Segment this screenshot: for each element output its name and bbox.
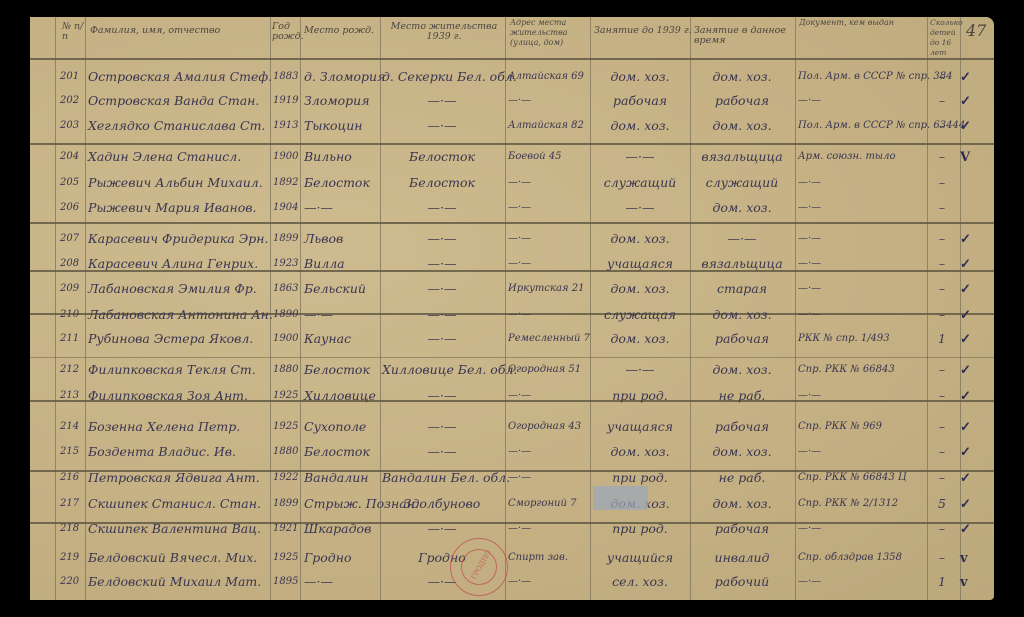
cell-num: 202 (60, 94, 79, 108)
cell-num: 215 (60, 445, 79, 459)
cell-year: 1880 (273, 363, 298, 377)
cell-num: 209 (60, 282, 79, 296)
cell-birthplace: Сухополе (304, 420, 366, 434)
cell-occupation-now: дом. хоз. (692, 119, 792, 133)
cell-occupation-now: дом. хоз. (692, 70, 792, 84)
cell-occupation-before: —·— (592, 150, 688, 164)
cell-occupation-before: сел. хоз. (592, 575, 688, 589)
cell-occupation-before: дом. хоз. (592, 445, 688, 459)
cell-occupation-now: служащий (692, 176, 792, 190)
cell-name: Боздента Владис. Ив. (88, 445, 236, 459)
cell-document: Спр. РКК № 66843 (798, 363, 895, 377)
cell-document: —·— (798, 445, 821, 459)
cell-name: Лабановская Эмилия Фр. (88, 282, 257, 296)
cell-year: 1900 (273, 150, 298, 164)
cell-address: Огородная 43 (508, 420, 581, 434)
cell-document: РКК № спр. 1/493 (798, 332, 890, 346)
cell-name: Скшипек Валентина Вац. (88, 522, 261, 536)
cell-num: 208 (60, 257, 79, 271)
cell-check: ✓ (960, 119, 988, 134)
cell-year: 1904 (273, 201, 298, 215)
cell-children: 1 (929, 332, 955, 346)
cell-occupation-before: дом. хоз. (592, 332, 688, 346)
cell-year: 1883 (273, 70, 298, 84)
cell-occupation-now: не раб. (692, 389, 792, 403)
cell-occupation-now: рабочая (692, 522, 792, 536)
column-divider (55, 17, 56, 600)
cell-occupation-before: дом. хоз. (592, 70, 688, 84)
cell-name: Хадин Элена Станисл. (88, 150, 241, 164)
cell-year: 1925 (273, 420, 298, 434)
cell-name: Филипковская Зоя Ант. (88, 389, 248, 403)
cell-occupation-now: —·— (692, 232, 792, 246)
cell-children: – (929, 522, 955, 536)
cell-name: Филипковская Текля Ст. (88, 363, 256, 377)
cell-num: 220 (60, 575, 79, 589)
cell-children: – (929, 176, 955, 190)
round-stamp: ГРОДНО (450, 538, 508, 596)
cell-document: —·— (798, 282, 821, 296)
cell-year: 1899 (273, 232, 298, 246)
header-occ-now: Занятие в данное время (694, 26, 794, 46)
cell-num: 207 (60, 232, 79, 246)
cell-document: Спр. РКК № 969 (798, 420, 882, 434)
header-year: Год рожд. (272, 22, 299, 42)
header-birthplace: Место рожд. (304, 26, 374, 36)
cell-children: – (929, 471, 955, 485)
cell-birthplace: Шкарадов (304, 522, 371, 536)
cell-occupation-now: рабочая (692, 332, 792, 346)
cell-occupation-before: при род. (592, 389, 688, 403)
cell-residence-1939: Белосток (382, 176, 502, 190)
cell-children: – (929, 94, 955, 108)
cell-children: – (929, 420, 955, 434)
cell-residence-1939: —·— (382, 282, 502, 296)
cell-num: 216 (60, 471, 79, 485)
cell-residence-1939: —·— (382, 389, 502, 403)
cell-year: 1890 (273, 308, 298, 322)
stamp-text: ГРОДНО (470, 549, 493, 581)
cell-address: Алтайская 69 (508, 70, 584, 84)
cell-children: – (929, 363, 955, 377)
row-divider (30, 357, 994, 358)
cell-address: Алтайская 82 (508, 119, 584, 133)
cell-residence-1939: —·— (382, 201, 502, 215)
cell-year: 1899 (273, 497, 298, 511)
cell-children: – (929, 70, 955, 84)
cell-check: ✓ (960, 232, 988, 247)
cell-document: Арм. союзн. тыло (798, 150, 895, 164)
cell-children: – (929, 232, 955, 246)
cell-num: 203 (60, 119, 79, 133)
cell-num: 212 (60, 363, 79, 377)
cell-name: Лабановская Антонина Ан. (88, 308, 273, 322)
cell-residence-1939: Здолбуново (382, 497, 502, 511)
cell-address: Боевой 45 (508, 150, 561, 164)
cell-address: —·— (508, 308, 531, 322)
cell-document: —·— (798, 308, 821, 322)
cell-name: Рубинова Эстера Яковл. (88, 332, 253, 346)
cell-residence-1939: —·— (382, 332, 502, 346)
cell-birthplace: Вандалин (304, 471, 369, 485)
cell-document: —·— (798, 575, 821, 589)
cell-name: Рыжевич Мария Иванов. (88, 201, 256, 215)
cell-birthplace: Белосток (304, 363, 370, 377)
cell-check: ✓ (960, 70, 988, 85)
cell-check: ✓ (960, 363, 988, 378)
cell-check: ✓ (960, 471, 988, 486)
cell-year: 1880 (273, 445, 298, 459)
cell-address: Спирт зав. (508, 551, 568, 565)
cell-address: —·— (508, 522, 531, 536)
cell-address: —·— (508, 575, 531, 589)
cell-address: Огородная 51 (508, 363, 581, 377)
cell-residence-1939: —·— (382, 445, 502, 459)
cell-residence-1939: —·— (382, 522, 502, 536)
cell-address: —·— (508, 445, 531, 459)
cell-occupation-now: дом. хоз. (692, 445, 792, 459)
cell-birthplace: Белосток (304, 176, 370, 190)
cell-occupation-before: рабочая (592, 94, 688, 108)
cell-residence-1939: Вандалин Бел. обл. (382, 471, 502, 485)
cell-address: —·— (508, 471, 531, 485)
cell-document: —·— (798, 257, 821, 271)
cell-residence-1939: Белосток (382, 150, 502, 164)
cell-year: 1900 (273, 332, 298, 346)
cell-year: 1919 (273, 94, 298, 108)
cell-document: —·— (798, 389, 821, 403)
cell-birthplace: Бельский (304, 282, 366, 296)
cell-children: – (929, 445, 955, 459)
cell-birthplace: Зломория (304, 94, 370, 108)
cell-address: —·— (508, 389, 531, 403)
cell-birthplace: Тыкоцин (304, 119, 363, 133)
cell-document: —·— (798, 94, 821, 108)
header-occ-before: Занятие до 1939 г. (594, 26, 692, 36)
column-divider (505, 17, 506, 600)
page-number: 47 (966, 26, 986, 36)
cell-occupation-now: не раб. (692, 471, 792, 485)
cell-year: 1913 (273, 119, 298, 133)
header-document: Документ, кем выдан (799, 18, 924, 28)
row-divider (30, 143, 994, 145)
cell-children: 5 (929, 497, 955, 511)
column-divider (590, 17, 591, 600)
column-divider (380, 17, 381, 600)
cell-occupation-before: при род. (592, 471, 688, 485)
cell-occupation-before: дом. хоз. (592, 119, 688, 133)
cell-children: – (929, 389, 955, 403)
cell-occupation-now: дом. хоз. (692, 497, 792, 511)
cell-occupation-now: дом. хоз. (692, 201, 792, 215)
cell-birthplace: Вильно (304, 150, 352, 164)
cell-num: 219 (60, 551, 79, 565)
cell-num: 206 (60, 201, 79, 215)
cell-check: ✓ (960, 389, 988, 404)
cell-num: 204 (60, 150, 79, 164)
cell-name: Рыжевич Альбин Михаил. (88, 176, 263, 190)
cell-occupation-before: служащая (592, 308, 688, 322)
cell-year: 1922 (273, 471, 298, 485)
cell-name: Островская Ванда Стан. (88, 94, 259, 108)
cell-name: Бозенна Хелена Петр. (88, 420, 240, 434)
cell-num: 214 (60, 420, 79, 434)
cell-num: 205 (60, 176, 79, 190)
cell-residence-1939: Хилловице Бел. обл. (382, 363, 502, 377)
cell-children: – (929, 551, 955, 565)
cell-num: 218 (60, 522, 79, 536)
column-divider (795, 17, 796, 600)
cell-children: – (929, 119, 955, 133)
cell-year: 1863 (273, 282, 298, 296)
cell-birthplace: д. Зломория (304, 70, 385, 84)
cell-name: Хеглядко Станислава Ст. (88, 119, 265, 133)
header-num: № п/п (62, 22, 86, 42)
cell-year: 1925 (273, 389, 298, 403)
cell-address: Ремесленный 7 (508, 332, 590, 346)
cell-birthplace: Львов (304, 232, 343, 246)
cell-check: ✓ (960, 308, 988, 323)
cell-birthplace: —·— (304, 201, 333, 215)
cell-document: —·— (798, 201, 821, 215)
cell-children: 1 (929, 575, 955, 589)
cell-children: – (929, 201, 955, 215)
cell-occupation-now: вязальщица (692, 257, 792, 271)
cell-num: 201 (60, 70, 79, 84)
cell-check: ✓ (960, 94, 988, 109)
cell-address: —·— (508, 94, 531, 108)
cell-occupation-before: дом. хоз. (592, 282, 688, 296)
cell-address: Сморгоний 7 (508, 497, 576, 511)
column-divider (690, 17, 691, 600)
cell-year: 1895 (273, 575, 298, 589)
cell-address: —·— (508, 176, 531, 190)
cell-residence-1939: —·— (382, 420, 502, 434)
cell-birthplace: —·— (304, 308, 333, 322)
cell-name: Петровская Ядвига Ант. (88, 471, 260, 485)
cell-check: ✓ (960, 445, 988, 460)
cell-birthplace: Каунас (304, 332, 351, 346)
cell-check: v (960, 575, 988, 590)
cell-num: 217 (60, 497, 79, 511)
column-divider (300, 17, 301, 600)
cell-birthplace: Белосток (304, 445, 370, 459)
cell-residence-1939: —·— (382, 308, 502, 322)
cell-residence-1939: —·— (382, 94, 502, 108)
tape-patch (593, 486, 648, 510)
cell-occupation-before: служащий (592, 176, 688, 190)
cell-name: Белдовский Вячесл. Мих. (88, 551, 257, 565)
cell-year: 1925 (273, 551, 298, 565)
cell-birthplace: Хилловице (304, 389, 376, 403)
cell-occupation-before: учащаяся (592, 257, 688, 271)
cell-occupation-before: учащаяся (592, 420, 688, 434)
cell-name: Карасевич Алина Генрих. (88, 257, 258, 271)
header-divider (30, 58, 994, 60)
cell-check: ✓ (960, 282, 988, 297)
cell-check: ✓ (960, 332, 988, 347)
cell-birthplace: Вилла (304, 257, 345, 271)
cell-name: Островская Амалия Стеф. (88, 70, 272, 84)
cell-document: Спр. РКК № 66843 Ц (798, 471, 907, 485)
cell-name: Карасевич Фридерика Эрн. (88, 232, 269, 246)
cell-occupation-before: —·— (592, 363, 688, 377)
cell-address: —·— (508, 201, 531, 215)
cell-document: Спр. облздрав 1358 (798, 551, 902, 565)
cell-residence-1939: д. Секерки Бел. обл. (382, 70, 502, 84)
cell-residence-1939: —·— (382, 257, 502, 271)
cell-occupation-now: рабочая (692, 94, 792, 108)
cell-occupation-before: при род. (592, 522, 688, 536)
cell-children: – (929, 308, 955, 322)
cell-children: – (929, 282, 955, 296)
cell-residence-1939: —·— (382, 119, 502, 133)
cell-document: —·— (798, 232, 821, 246)
cell-address: —·— (508, 232, 531, 246)
cell-address: —·— (508, 257, 531, 271)
column-divider (927, 17, 928, 600)
cell-num: 210 (60, 308, 79, 322)
cell-occupation-now: дом. хоз. (692, 308, 792, 322)
cell-document: Спр. РКК № 2/1312 (798, 497, 898, 511)
cell-year: 1923 (273, 257, 298, 271)
cell-year: 1921 (273, 522, 298, 536)
cell-residence-1939: —·— (382, 232, 502, 246)
cell-document: —·— (798, 176, 821, 190)
header-children: Сколько детей до 16 лет (930, 18, 958, 58)
cell-occupation-now: рабочий (692, 575, 792, 589)
header-name: Фамилия, имя, отчество (90, 26, 220, 36)
cell-occupation-now: старая (692, 282, 792, 296)
cell-check: ✓ (960, 522, 988, 537)
cell-document: —·— (798, 522, 821, 536)
cell-occupation-now: вязальщица (692, 150, 792, 164)
cell-children: – (929, 257, 955, 271)
cell-check: V (960, 150, 988, 165)
cell-check: ✓ (960, 420, 988, 435)
cell-check: v (960, 551, 988, 566)
cell-occupation-before: учащийся (592, 551, 688, 565)
cell-occupation-now: инвалид (692, 551, 792, 565)
column-divider (85, 17, 86, 600)
cell-year: 1892 (273, 176, 298, 190)
cell-occupation-before: —·— (592, 201, 688, 215)
cell-birthplace: —·— (304, 575, 333, 589)
cell-children: – (929, 150, 955, 164)
cell-num: 211 (60, 332, 79, 346)
cell-birthplace: Гродно (304, 551, 352, 565)
cell-occupation-now: рабочая (692, 420, 792, 434)
header-residence: Место жительства 1939 г. (385, 22, 503, 42)
cell-num: 213 (60, 389, 79, 403)
header-address: Адрес места жительства (улица, дом) (510, 18, 590, 48)
cell-address: Иркутская 21 (508, 282, 584, 296)
cell-name: Белдовский Михаил Мат. (88, 575, 261, 589)
cell-check: ✓ (960, 497, 988, 512)
cell-occupation-before: дом. хоз. (592, 232, 688, 246)
row-divider (30, 222, 994, 224)
cell-name: Скшипек Станисл. Стан. (88, 497, 261, 511)
cell-check: ✓ (960, 257, 988, 272)
cell-occupation-now: дом. хоз. (692, 363, 792, 377)
